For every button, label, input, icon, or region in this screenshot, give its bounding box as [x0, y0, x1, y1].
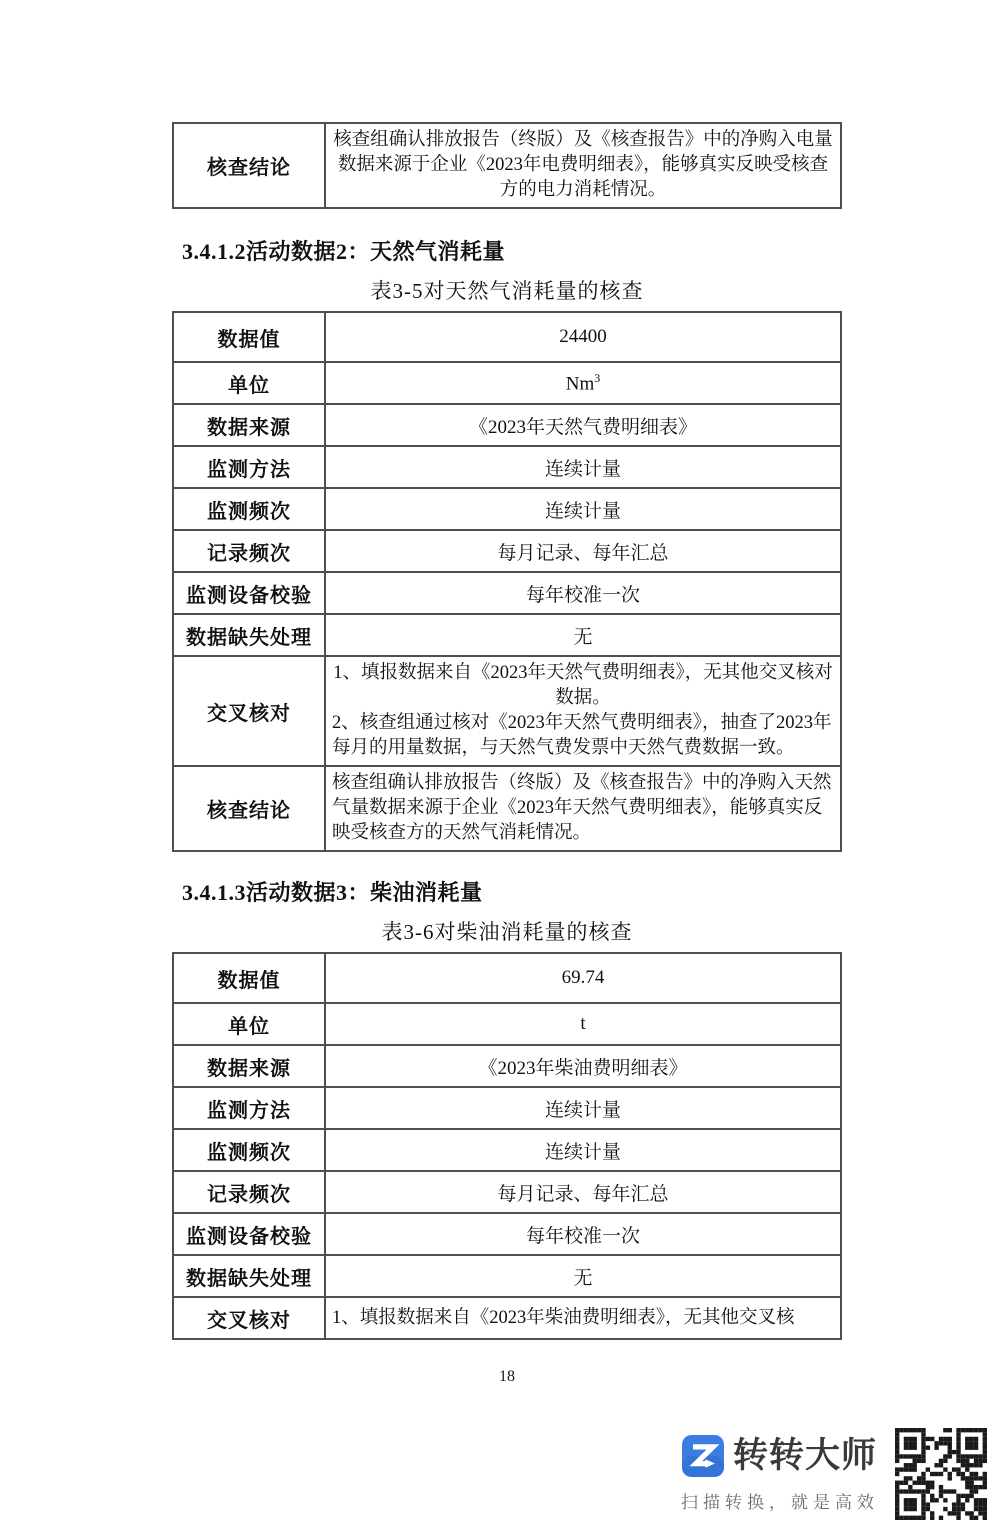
diesel-consumption-table: 数据值69.74单位t数据来源《2023年柴油费明细表》监测方法连续计量监测频次… — [172, 952, 842, 1340]
row-label: 数据缺失处理 — [173, 1255, 325, 1297]
row-label: 数据缺失处理 — [173, 614, 325, 656]
table-row: 记录频次每月记录、每年汇总 — [173, 1171, 841, 1213]
table-row: 数据缺失处理无 — [173, 1255, 841, 1297]
row-value: 无 — [325, 614, 841, 656]
row-label: 核查结论 — [173, 123, 325, 208]
row-value: 《2023年天然气费明细表》 — [325, 404, 841, 446]
row-label: 监测方法 — [173, 1087, 325, 1129]
row-label: 数据来源 — [173, 1045, 325, 1087]
row-label: 单位 — [173, 1003, 325, 1045]
row-value: 每月记录、每年汇总 — [325, 530, 841, 572]
table-row: 核查结论核查组确认排放报告（终版）及《核查报告》中的净购入天然气量数据来源于企业… — [173, 766, 841, 851]
qr-code-icon — [895, 1428, 987, 1520]
row-label: 监测频次 — [173, 488, 325, 530]
row-label: 数据来源 — [173, 404, 325, 446]
table-title-gas: 表3-5对天然气消耗量的核查 — [172, 278, 842, 305]
cell-paragraph: 2、核查组通过核对《2023年天然气费明细表》，抽查了2023年每月的用量数据，… — [332, 711, 834, 761]
brand-row: 转转大师 — [681, 1435, 877, 1477]
table-row: 单位t — [173, 1003, 841, 1045]
document-page: 核查结论核查组确认排放报告（终版）及《核查报告》中的净购入电量数据来源于企业《2… — [0, 0, 1000, 1532]
row-value: t — [325, 1003, 841, 1045]
row-value: 连续计量 — [325, 1129, 841, 1171]
gas-consumption-table: 数据值24400单位Nm3数据来源《2023年天然气费明细表》监测方法连续计量监… — [172, 311, 842, 852]
row-label: 记录频次 — [173, 530, 325, 572]
row-value: 连续计量 — [325, 488, 841, 530]
converter-watermark: 转转大师 扫描转换，就是高效 — [681, 1428, 987, 1520]
table-row: 交叉核对1、填报数据来自《2023年柴油费明细表》，无其他交叉核 — [173, 1297, 841, 1339]
row-value: 连续计量 — [325, 1087, 841, 1129]
page-number: 18 — [172, 1368, 842, 1386]
diesel-table-body: 数据值69.74单位t数据来源《2023年柴油费明细表》监测方法连续计量监测频次… — [173, 953, 841, 1339]
table-row: 数据值24400 — [173, 312, 841, 362]
brand-block: 转转大师 扫描转换，就是高效 — [681, 1435, 879, 1513]
brand-tagline: 扫描转换，就是高效 — [681, 1488, 879, 1513]
z-convert-logo-icon — [681, 1435, 725, 1477]
top-table-body: 核查结论核查组确认排放报告（终版）及《核查报告》中的净购入电量数据来源于企业《2… — [173, 123, 841, 208]
row-label: 交叉核对 — [173, 656, 325, 766]
row-label: 单位 — [173, 362, 325, 404]
row-label: 监测设备校验 — [173, 1213, 325, 1255]
row-value: 无 — [325, 1255, 841, 1297]
row-label: 记录频次 — [173, 1171, 325, 1213]
table-title-diesel: 表3-6对柴油消耗量的核查 — [172, 919, 842, 946]
table-row: 监测设备校验每年校准一次 — [173, 572, 841, 614]
row-value: 1、填报数据来自《2023年柴油费明细表》，无其他交叉核 — [325, 1297, 841, 1339]
gas-table-body: 数据值24400单位Nm3数据来源《2023年天然气费明细表》监测方法连续计量监… — [173, 312, 841, 851]
table-row: 监测频次连续计量 — [173, 488, 841, 530]
row-label: 监测方法 — [173, 446, 325, 488]
row-value: 连续计量 — [325, 446, 841, 488]
row-label: 数据值 — [173, 953, 325, 1003]
table-row: 数据来源《2023年柴油费明细表》 — [173, 1045, 841, 1087]
brand-name: 转转大师 — [733, 1435, 877, 1477]
row-label: 交叉核对 — [173, 1297, 325, 1339]
document-content: 核查结论核查组确认排放报告（终版）及《核查报告》中的净购入电量数据来源于企业《2… — [172, 122, 842, 1386]
table-row: 监测设备校验每年校准一次 — [173, 1213, 841, 1255]
row-label: 监测设备校验 — [173, 572, 325, 614]
section-heading-diesel: 3.4.1.3活动数据3：柴油消耗量 — [182, 878, 842, 907]
row-value: 每年校准一次 — [325, 1213, 841, 1255]
table-row: 监测方法连续计量 — [173, 1087, 841, 1129]
row-value: 24400 — [325, 312, 841, 362]
table-row: 记录频次每月记录、每年汇总 — [173, 530, 841, 572]
row-label: 数据值 — [173, 312, 325, 362]
row-value: 69.74 — [325, 953, 841, 1003]
verification-conclusion-table: 核查结论核查组确认排放报告（终版）及《核查报告》中的净购入电量数据来源于企业《2… — [172, 122, 842, 209]
row-value: 每月记录、每年汇总 — [325, 1171, 841, 1213]
row-value: 核查组确认排放报告（终版）及《核查报告》中的净购入天然气量数据来源于企业《202… — [325, 766, 841, 851]
cell-paragraph: 1、填报数据来自《2023年天然气费明细表》，无其他交叉核对数据。 — [332, 661, 834, 711]
row-label: 监测频次 — [173, 1129, 325, 1171]
table-row: 数据值69.74 — [173, 953, 841, 1003]
section-heading-gas: 3.4.1.2活动数据2：天然气消耗量 — [182, 237, 842, 266]
row-value: 核查组确认排放报告（终版）及《核查报告》中的净购入电量数据来源于企业《2023年… — [325, 123, 841, 208]
row-value: Nm3 — [325, 362, 841, 404]
table-row: 监测频次连续计量 — [173, 1129, 841, 1171]
table-row: 单位Nm3 — [173, 362, 841, 404]
table-row: 数据缺失处理无 — [173, 614, 841, 656]
table-row: 监测方法连续计量 — [173, 446, 841, 488]
table-row: 数据来源《2023年天然气费明细表》 — [173, 404, 841, 446]
table-row: 核查结论核查组确认排放报告（终版）及《核查报告》中的净购入电量数据来源于企业《2… — [173, 123, 841, 208]
row-value: 《2023年柴油费明细表》 — [325, 1045, 841, 1087]
row-value: 每年校准一次 — [325, 572, 841, 614]
row-label: 核查结论 — [173, 766, 325, 851]
table-row: 交叉核对1、填报数据来自《2023年天然气费明细表》，无其他交叉核对数据。2、核… — [173, 656, 841, 766]
row-value: 1、填报数据来自《2023年天然气费明细表》，无其他交叉核对数据。2、核查组通过… — [325, 656, 841, 766]
